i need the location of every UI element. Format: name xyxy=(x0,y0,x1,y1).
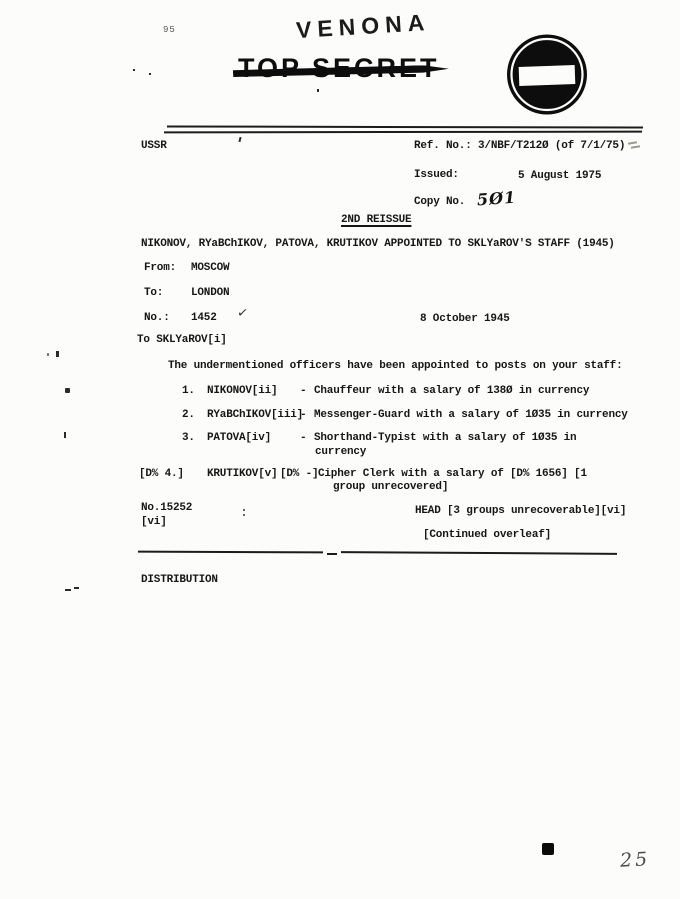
staff-item-2-dash: - xyxy=(300,409,306,423)
country-label: USSR xyxy=(141,140,167,154)
staff-item-1-number: 1. xyxy=(182,385,195,399)
document-page: 95 VENONA TOP SECRET USSR Ref. No.: 3/NB… xyxy=(0,0,680,899)
staff-item-3-number: 3. xyxy=(182,432,195,446)
issued-label: Issued: xyxy=(414,169,459,183)
signatory-line: HEAD [3 groups unrecoverable][vi] xyxy=(415,505,626,519)
staff-item-4-dash: [D% -] xyxy=(280,468,318,482)
header-rule-top xyxy=(167,126,643,129)
speck xyxy=(56,351,59,357)
checkmark-annotation: ✓ xyxy=(236,305,249,321)
staff-item-1-name: NIKONOV[ii] xyxy=(207,385,277,399)
ref-number: Ref. No.: 3/NBF/T212Ø (of 7/1/75) xyxy=(414,140,625,154)
footer-rule-dash xyxy=(327,553,337,555)
staff-item-3-desc-cont: currency xyxy=(315,446,366,460)
staff-item-4-number: [D% 4.] xyxy=(139,468,184,482)
speck xyxy=(317,89,319,92)
copy-number-label: Copy No. xyxy=(414,196,465,210)
issued-date: 5 August 1975 xyxy=(518,170,601,184)
speck xyxy=(243,509,245,511)
footer-rule-right xyxy=(341,551,617,555)
speck xyxy=(133,69,135,71)
message-date: 8 October 1945 xyxy=(420,313,510,327)
speck xyxy=(628,141,637,145)
number-value: 1452 xyxy=(191,312,217,326)
venona-stamp: VENONA xyxy=(295,9,431,44)
footer-rule-left xyxy=(138,551,323,554)
speck xyxy=(74,587,79,589)
speck xyxy=(65,589,71,591)
speck xyxy=(65,388,70,393)
staff-item-1-dash: - xyxy=(300,385,306,399)
speck xyxy=(243,514,245,516)
staff-item-1-desc: Chauffeur with a salary of 138Ø in curre… xyxy=(314,385,589,399)
speck xyxy=(64,432,66,438)
to-value: LONDON xyxy=(191,287,229,301)
speck xyxy=(149,73,151,75)
reissue-heading: 2ND REISSUE xyxy=(341,214,411,228)
page-number-handwritten: 25 xyxy=(619,848,650,872)
speck xyxy=(238,137,241,142)
speck xyxy=(631,145,640,149)
staff-item-3-dash: - xyxy=(300,432,306,446)
staff-item-3-name: PATOVA[iv] xyxy=(207,432,271,446)
speck xyxy=(47,353,49,356)
staff-item-4-desc: Cipher Clerk with a salary of [D% 1656] … xyxy=(318,468,587,482)
copy-number-handwritten: 5Ø1 xyxy=(476,188,516,210)
redaction-square xyxy=(542,843,554,855)
distribution-heading: DISTRIBUTION xyxy=(141,574,218,588)
staff-item-3-desc: Shorthand-Typist with a salary of 1Ø35 i… xyxy=(314,432,576,446)
no-entry-stamp-icon xyxy=(506,33,588,116)
internal-number: No.15252 xyxy=(141,502,192,516)
to-label: To: xyxy=(144,287,163,301)
staff-item-2-number: 2. xyxy=(182,409,195,423)
staff-item-4-name: KRUTIKOV[v] xyxy=(207,468,277,482)
staff-item-4-desc-cont: group unrecovered] xyxy=(333,481,448,495)
staff-item-2-name: RYaBChIKOV[iii] xyxy=(207,409,303,423)
sheet-number: 95 xyxy=(163,25,176,36)
intro-line: The undermentioned officers have been ap… xyxy=(168,360,622,374)
message-title: NIKONOV, RYaBChIKOV, PATOVA, KRUTIKOV AP… xyxy=(141,238,615,252)
continued-note: [Continued overleaf] xyxy=(423,529,551,543)
internal-reference: [vi] xyxy=(141,516,167,530)
from-label: From: xyxy=(144,262,176,276)
staff-item-2-desc: Messenger-Guard with a salary of 1Ø35 in… xyxy=(314,409,628,423)
header-rule-bottom xyxy=(164,131,642,134)
number-label: No.: xyxy=(144,312,170,326)
from-value: MOSCOW xyxy=(191,262,229,276)
addressee-line: To SKLYaROV[i] xyxy=(137,334,227,348)
